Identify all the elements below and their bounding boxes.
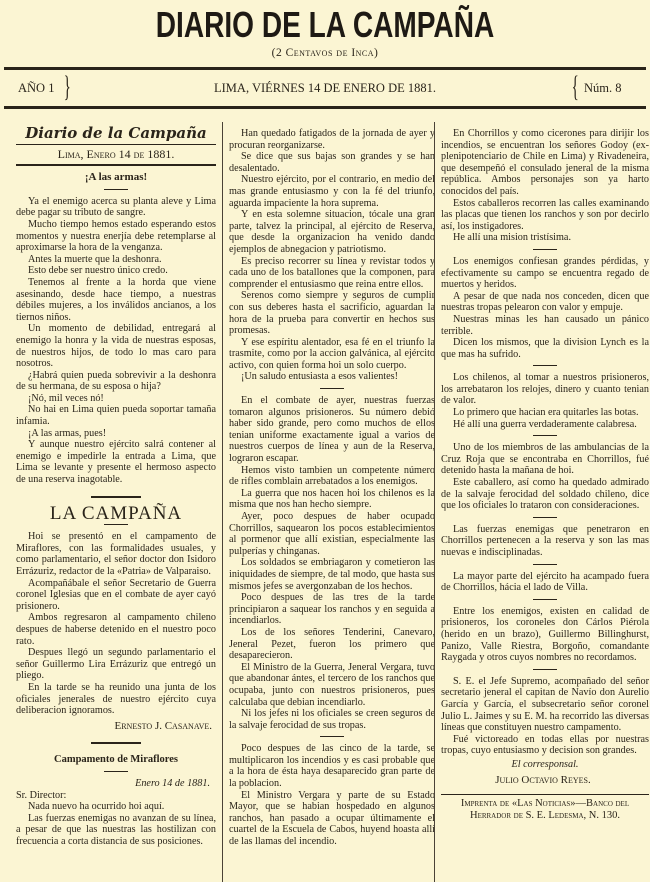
- divider: [104, 771, 128, 772]
- printer-imprint: Imprenta de «Las Noticias»—Banco del Her…: [441, 794, 649, 822]
- paragraph: Poco despues de las tres de la tarde pri…: [229, 592, 435, 627]
- paragraph: La mayor parte del ejército ha acampado …: [441, 571, 649, 594]
- dateline-bar: AÑO 1 } LIMA, VIÉRNES 14 DE ENERO DE 188…: [0, 70, 650, 106]
- section-masthead: Diario de la Campaña: [16, 122, 216, 145]
- newspaper-title: DIARIO DE LA CAMPAÑA: [156, 4, 495, 46]
- paragraph: Esto debe ser nuestro único credo.: [16, 265, 216, 277]
- article-title-armas: ¡A las armas!: [16, 172, 216, 184]
- paragraph: Fué victoreado en todas ellas por nuestr…: [441, 734, 649, 757]
- column-3: En Chorrillos y como cicerones para diri…: [434, 122, 649, 882]
- masthead-rule-bottom: [4, 106, 646, 109]
- letter-salutation: Sr. Director:: [16, 790, 216, 802]
- paragraph: S. E. el Jefe Supremo, acompañado del se…: [441, 676, 649, 734]
- paragraph: ¡A las armas, pues!: [16, 428, 216, 440]
- paragraph: Estos caballeros recorren las calles exa…: [441, 198, 649, 233]
- divider: [320, 736, 344, 737]
- divider: [320, 388, 344, 389]
- author-signature: Julio Octavio Reyes.: [441, 775, 645, 787]
- paragraph: Se dice que sus bajas son grandes y se h…: [229, 151, 435, 174]
- paragraph: Ambos regresaron al campamento chileno d…: [16, 612, 216, 647]
- paragraph: Las fuerzas enemigas no avanzan de su lí…: [16, 813, 216, 848]
- paragraph: Uno de los miembros de las ambulancias d…: [441, 442, 649, 477]
- paragraph: ¡Nó, mil veces nó!: [16, 393, 216, 405]
- author-signature: Ernesto J. Casanave.: [16, 721, 212, 733]
- paragraph: Tenemos al frente a la horda que viene a…: [16, 277, 216, 323]
- section-date: Lima, Enero 14 de 1881.: [16, 145, 216, 167]
- paragraph: Los enemigos confiesan grandes pérdidas,…: [441, 256, 649, 291]
- paragraph: Este caballero, así como ha quedado admi…: [441, 477, 649, 512]
- paragraph: Mucho tiempo hemos estado esperando esto…: [16, 219, 216, 254]
- paragraph: Nuestras minas les han causado un pánico…: [441, 314, 649, 337]
- issue-date: LIMA, VIÉRNES 14 DE ENERO DE 1881.: [0, 81, 650, 96]
- paragraph: El Ministro de la Guerra, Jeneral Vergar…: [229, 662, 435, 708]
- right-brace-icon: {: [572, 72, 579, 102]
- paragraph: Los chilenos, al tomar a nuestros prisio…: [441, 372, 649, 407]
- paragraph: Hoi se presentó en el campamento de Mira…: [16, 531, 216, 577]
- paragraph: No hai en Lima quien pueda soportar tama…: [16, 404, 216, 427]
- paragraph: Y aunque nuestro ejército salrá contener…: [16, 439, 216, 485]
- paragraph: En la tarde se ha reunido una junta de l…: [16, 682, 216, 717]
- paragraph: He allí una mision tristísima.: [441, 232, 649, 244]
- divider: [533, 435, 557, 436]
- paragraph: Los de los señores Tenderini, Canevaro, …: [229, 627, 435, 662]
- paragraph: Nuestro ejército, por el contrario, en m…: [229, 174, 435, 209]
- paragraph: Ayer, poco despues de haber ocupado Chor…: [229, 511, 435, 557]
- paragraph: Despues llegó un segundo parlamentario e…: [16, 647, 216, 682]
- divider: [533, 669, 557, 670]
- paragraph: Antes la muerte que la deshonra.: [16, 254, 216, 266]
- divider: [104, 189, 128, 190]
- divider: [533, 365, 557, 366]
- paragraph: El Ministro Vergara y parte de su Estado…: [229, 790, 435, 848]
- column-2: Han quedado fatigados de la jornada de a…: [222, 122, 435, 882]
- ornamental-divider: [91, 742, 141, 744]
- divider: [533, 517, 557, 518]
- column-1: Diario de la Campaña Lima, Enero 14 de 1…: [16, 122, 216, 882]
- paragraph: Los soldados se embriagaron y cometieron…: [229, 557, 435, 592]
- paragraph: A pesar de que nada nos conceden, dicen …: [441, 291, 649, 314]
- correspondent-label: El corresponsal.: [441, 759, 649, 771]
- paragraph: Hé allí una guerra verdaderamente calabr…: [441, 419, 649, 431]
- newspaper-page: DIARIO DE LA CAMPAÑA (2 Centavos de Inca…: [0, 0, 650, 882]
- paragraph: Lo primero que hacian era quitarles las …: [441, 407, 649, 419]
- paragraph: Acompañábale el señor Secretario de Guer…: [16, 578, 216, 613]
- paragraph: ¿Habrá quien pueda sobrevivir a la desho…: [16, 370, 216, 393]
- paragraph: Serenos como siempre y seguros de cumpli…: [229, 290, 435, 336]
- paragraph: Poco despues de las cinco de la tarde, s…: [229, 743, 435, 789]
- paragraph: La guerra que nos hacen hoi los chilenos…: [229, 488, 435, 511]
- paragraph: Y ese espíritu alentador, esa fé en el t…: [229, 337, 435, 372]
- masthead: DIARIO DE LA CAMPAÑA (2 Centavos de Inca…: [0, 0, 650, 109]
- paragraph: Las fuerzas enemigas que penetraron en C…: [441, 524, 649, 559]
- divider: [533, 599, 557, 600]
- paragraph: En Chorrillos y como cicerones para diri…: [441, 128, 649, 198]
- divider: [533, 564, 557, 565]
- price-line: (2 Centavos de Inca): [0, 47, 650, 59]
- article-title-miraflores: Campamento de Miraflores: [16, 754, 216, 766]
- paragraph: ¡Un saludo entusiasta a esos valientes!: [229, 371, 435, 383]
- divider: [533, 249, 557, 250]
- paragraph: Nada nuevo ha ocurrido hoi aquí.: [16, 801, 216, 813]
- paragraph: Ya el enemigo acerca su planta aleve y L…: [16, 196, 216, 219]
- letter-date: Enero 14 de 1881.: [16, 778, 210, 790]
- paragraph: Dicen los mismos, que la division Lynch …: [441, 337, 649, 360]
- paragraph: Y en esta solemne situacion, tócale una …: [229, 209, 435, 255]
- article-title-campana: LA CAMPAÑA: [16, 508, 216, 520]
- ornamental-divider: [91, 496, 141, 498]
- paragraph: Ni los jefes ni los oficiales se creen s…: [229, 708, 435, 731]
- paragraph: Es preciso recorrer su línea y revistar …: [229, 256, 435, 291]
- paragraph: Han quedado fatigados de la jornada de a…: [229, 128, 435, 151]
- paragraph: Hemos visto tambien un competente número…: [229, 465, 435, 488]
- paragraph: Entre los enemigos, existen en calidad d…: [441, 606, 649, 664]
- paragraph: Un momento de debilidad, entregará al en…: [16, 323, 216, 369]
- paragraph: En el combate de ayer, nuestras fuerzas …: [229, 395, 435, 465]
- divider: [104, 524, 128, 525]
- issue-number: Núm. 8: [584, 81, 622, 96]
- article-columns: Diario de la Campaña Lima, Enero 14 de 1…: [0, 122, 650, 882]
